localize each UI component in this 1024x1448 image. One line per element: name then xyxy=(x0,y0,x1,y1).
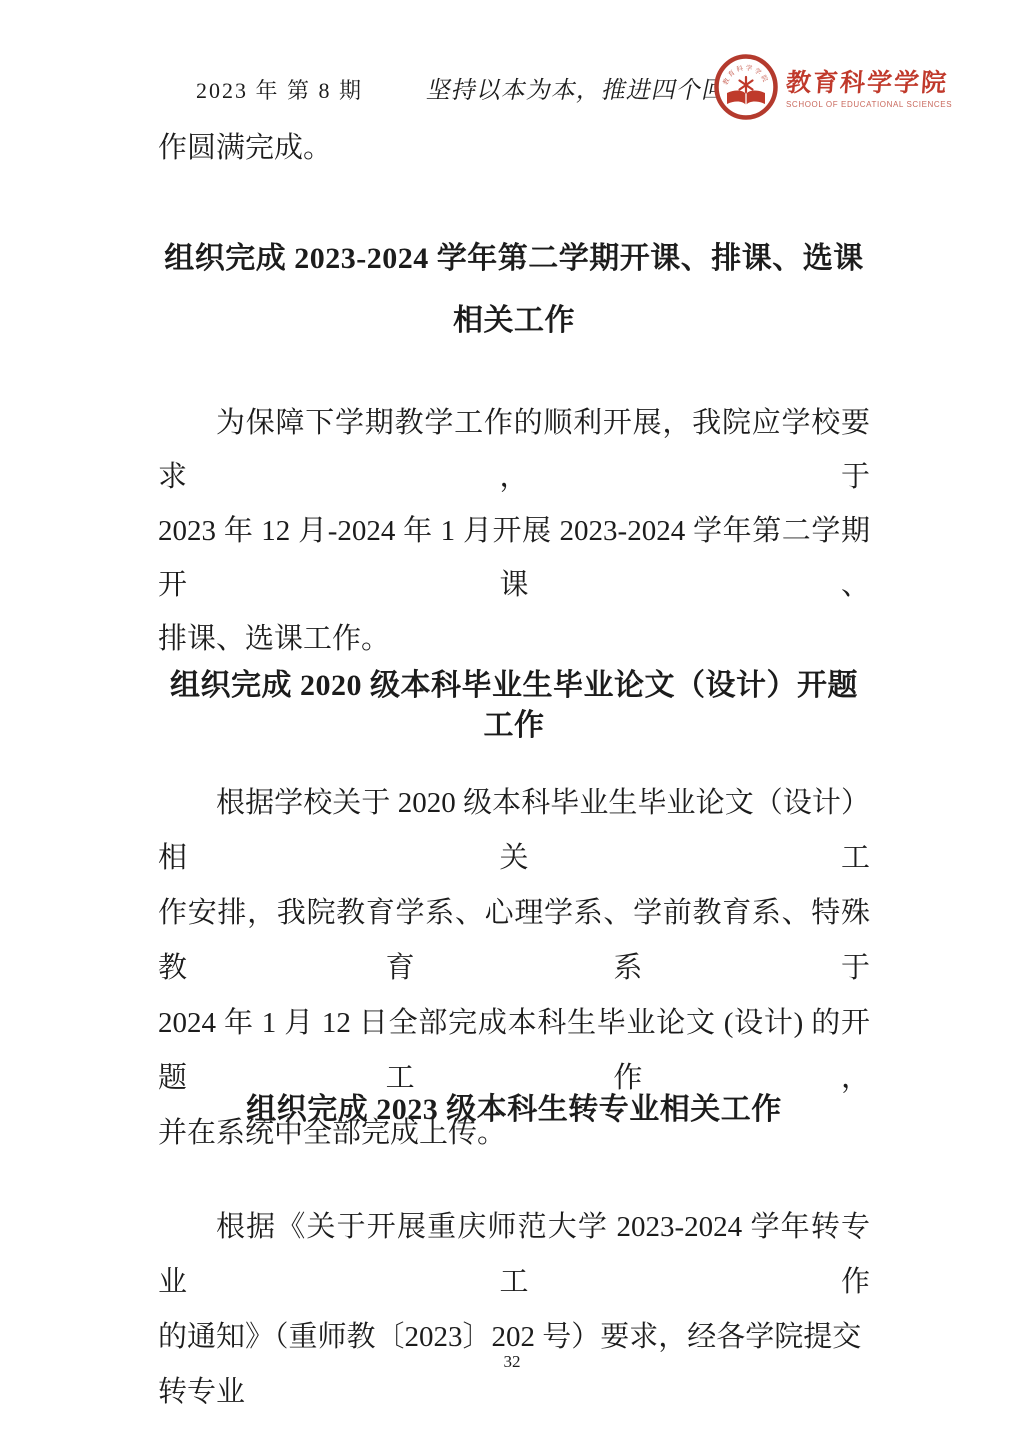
page-number: 32 xyxy=(0,1352,1024,1372)
issue-label: 2023 年 第 8 期 xyxy=(196,74,363,105)
section-1-heading: 组织完成 2023-2024 学年第二学期开课、排课、选课 相关工作 xyxy=(158,228,870,352)
paragraph-line: 根据学校关于 2020 级本科毕业生毕业论文（设计）相关工 xyxy=(158,776,870,886)
section-3-paragraph: 根据《关于开展重庆师范大学 2023-2024 学年转专业工作 的通知》（重师教… xyxy=(158,1200,870,1420)
paragraph-line: 2023 年 12 月-2024 年 1 月开展 2023-2024 学年第二学… xyxy=(158,504,870,612)
logo-name-en: SCHOOL OF EDUCATIONAL SCIENCES xyxy=(786,100,952,109)
leading-paragraph-line: 作圆满完成。 xyxy=(158,128,870,168)
logo-text-block: 教育科学学院 SCHOOL OF EDUCATIONAL SCIENCES xyxy=(786,70,952,109)
school-seal-icon: 教育科学学院 xyxy=(714,54,778,125)
section-1-heading-line-2: 相关工作 xyxy=(158,290,870,352)
document-page: 2023 年 第 8 期 坚持以本为本，推进四个回归 教育科学学院 xyxy=(0,0,1024,1448)
section-1-heading-line-1: 组织完成 2023-2024 学年第二学期开课、排课、选课 xyxy=(158,228,870,290)
paragraph-line: 为保障下学期教学工作的顺利开展，我院应学校要求，于 xyxy=(158,396,870,504)
section-1-paragraph: 为保障下学期教学工作的顺利开展，我院应学校要求，于 2023 年 12 月-20… xyxy=(158,396,870,666)
section-2-heading: 组织完成 2020 级本科毕业生毕业论文（设计）开题工作 xyxy=(158,666,870,746)
header-slogan: 坚持以本为本，推进四个回归 xyxy=(424,70,756,105)
section-3-heading: 组织完成 2023 级本科生转专业相关工作 xyxy=(158,1090,870,1130)
school-logo: 教育科学学院 教育科学学院 SCHOOL OF EDUCATIONAL SCIE… xyxy=(714,54,952,125)
paragraph-line: 排课、选课工作。 xyxy=(158,612,870,666)
logo-name-cn: 教育科学学院 xyxy=(785,70,953,98)
paragraph-line: 根据《关于开展重庆师范大学 2023-2024 学年转专业工作 xyxy=(158,1200,870,1310)
paragraph-line: 作安排，我院教育学系、心理学系、学前教育系、特殊教育系于 xyxy=(158,886,870,996)
